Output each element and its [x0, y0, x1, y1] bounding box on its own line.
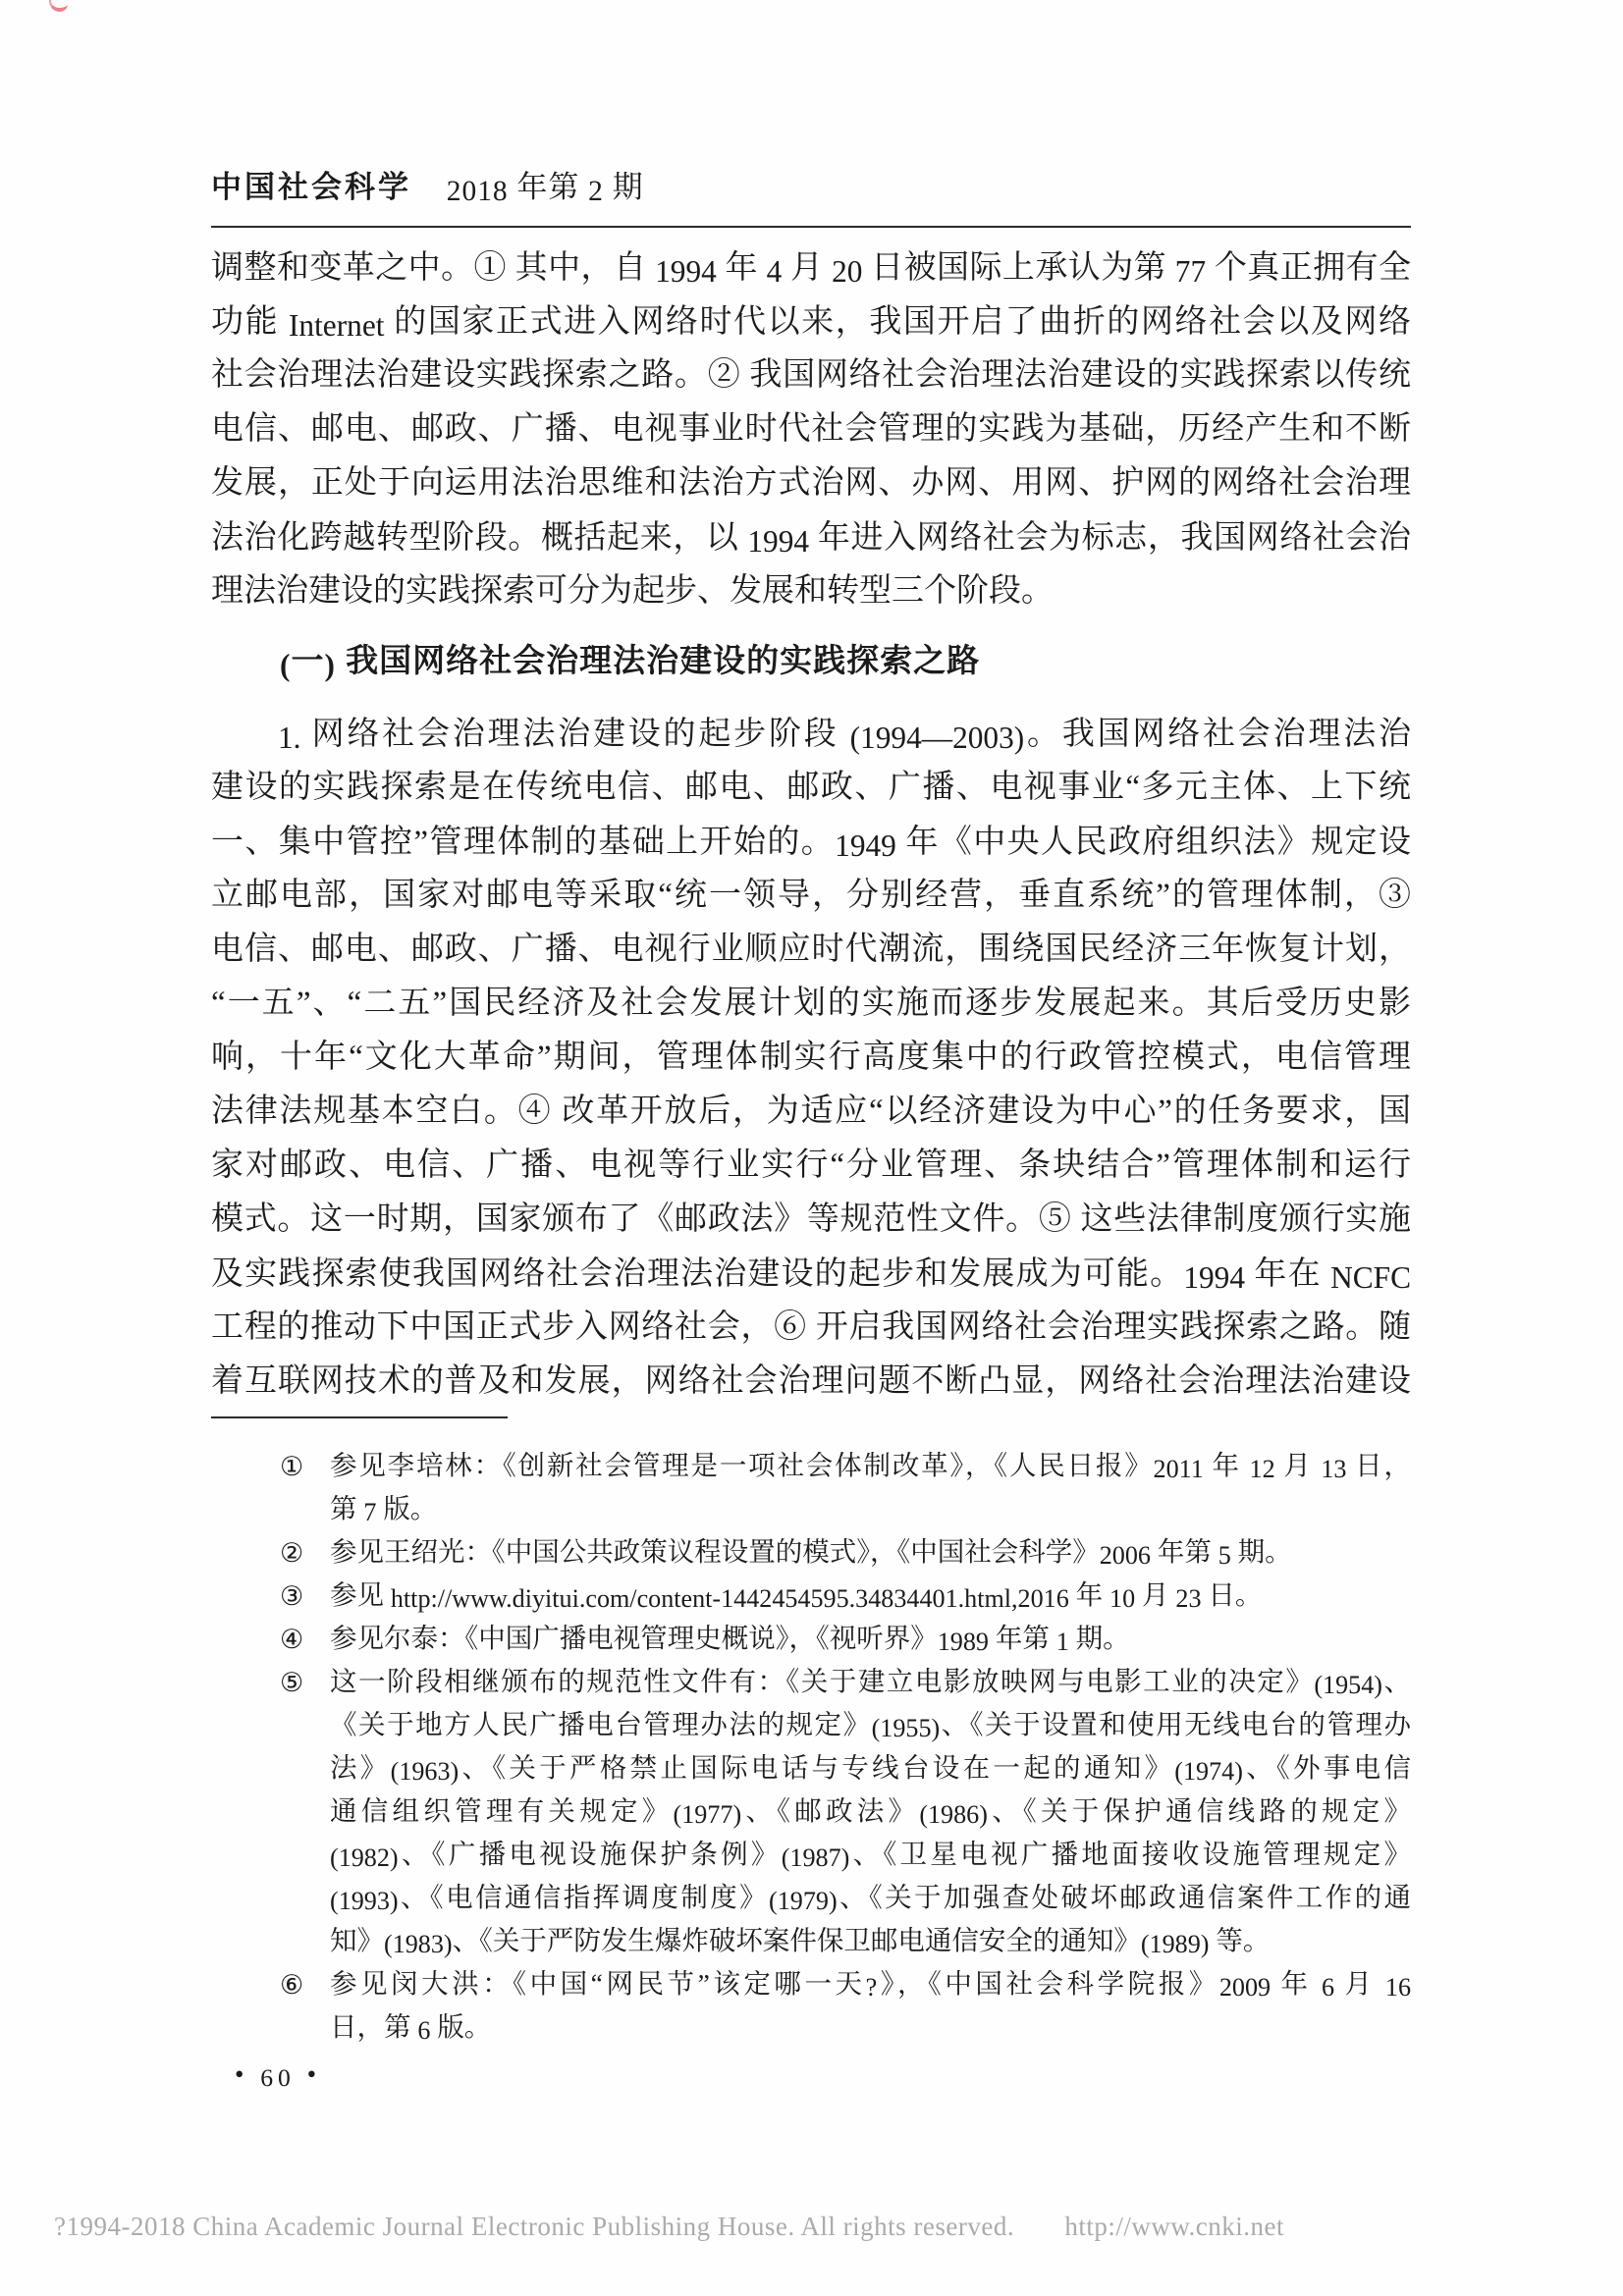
page-number: • 60 •	[211, 2058, 1411, 2090]
footnote-line: 参见尔泰：《中国广播电视管理史概说》，《视听界》1989 年第 1 期。	[330, 1617, 1411, 1660]
body-text-line: 电信、邮电、邮政、广播、电视事业时代社会管理的实践为基础，历经产生和不断	[211, 402, 1411, 456]
body-text-line: 功能 Internet 的国家正式进入网络时代以来，我国开启了曲折的网络社会以及…	[211, 294, 1411, 348]
footnote-line: 《关于地方人民广播电台管理办法的规定》(1955)、《关于设置和使用无线电台的管…	[330, 1703, 1411, 1746]
text-block: 中国社会科学 2018 年第 2 期 调整和变革之中。① 其中，自 1994 年…	[211, 0, 1411, 2090]
footnote-item: ④参见尔泰：《中国广播电视管理史概说》，《视听界》1989 年第 1 期。	[211, 1617, 1411, 1660]
body-text-line: 工程的推动下中国正式步入网络社会，⑥ 开启我国网络社会治理实践探索之路。随	[211, 1301, 1411, 1355]
footnote-line: 参见王绍光：《中国公共政策议程设置的模式》，《中国社会科学》2006 年第 5 …	[330, 1530, 1411, 1574]
journal-name: 中国社会科学	[211, 170, 411, 204]
footnote-line: 参见李培林：《创新社会管理是一项社会体制改革》，《人民日报》2011 年 12 …	[330, 1444, 1411, 1487]
body-text-line: 立邮电部，国家对邮电等采取“统一领导，分别经营，垂直系统”的管理体制，③	[211, 869, 1411, 923]
scanned-journal-page: 中国社会科学 2018 年第 2 期 调整和变革之中。① 其中，自 1994 年…	[0, 0, 1623, 2296]
footnote-marker: ①	[280, 1444, 303, 1487]
body-text-line: 家对邮政、电信、广播、电视等行业实行“分业管理、条块结合”管理体制和运行	[211, 1139, 1411, 1193]
footnote-line: 知》(1983)、《关于严防发生爆炸破坏案件保卫邮电通信安全的通知》(1989)…	[330, 1919, 1411, 1962]
footnote-line: (1982)、《广播电视设施保护条例》(1987)、《卫星电视广播地面接收设施管…	[330, 1833, 1411, 1876]
paragraph-continuation: 调整和变革之中。① 其中，自 1994 年 4 月 20 日被国际上承认为第 7…	[211, 240, 1411, 618]
footnote-marker: ⑤	[280, 1660, 303, 1703]
body-text-line: “一五”、“二五”国民经济及社会发展计划的实施而逐步发展起来。其后受历史影	[211, 977, 1411, 1031]
scan-artifact-mark	[49, 0, 68, 12]
footnote-item: ①参见李培林：《创新社会管理是一项社会体制改革》，《人民日报》2011 年 12…	[211, 1444, 1411, 1530]
footnote-line: 通信组织管理有关规定》(1977)、《邮政法》(1986)、《关于保护通信线路的…	[330, 1789, 1411, 1833]
body-text-line: 1. 网络社会治理法治建设的起步阶段 (1994—2003)。我国网络社会治理法…	[211, 707, 1411, 761]
body-text-line: 着互联网技术的普及和发展，网络社会治理问题不断凸显，网络社会治理法治建设	[211, 1355, 1411, 1409]
body-text-line: 一、集中管控”管理体制的基础上开始的。1949 年《中央人民政府组织法》规定设	[211, 815, 1411, 869]
footnote-item: ⑤这一阶段相继颁布的规范性文件有：《关于建立电影放映网与电影工业的决定》(195…	[211, 1660, 1411, 1962]
footnote-separator	[211, 1416, 508, 1418]
footnote-line: 法》(1963)、《关于严格禁止国际电话与专线台设在一起的通知》(1974)、《…	[330, 1746, 1411, 1789]
journal-issue: 2018 年第 2 期	[447, 170, 644, 204]
body-text-line: 调整和变革之中。① 其中，自 1994 年 4 月 20 日被国际上承认为第 7…	[211, 240, 1411, 294]
body-text-line: 建设的实践探索是在传统电信、邮电、邮政、广播、电视事业“多元主体、上下统	[211, 761, 1411, 815]
footnote-line: 日，第 6 版。	[330, 2005, 1411, 2049]
footnote-marker: ③	[280, 1574, 303, 1617]
body-text-line: 模式。这一时期，国家颁布了《邮政法》等规范性文件。⑤ 这些法律制度颁行实施	[211, 1193, 1411, 1247]
body-text-line: 电信、邮电、邮政、广播、电视行业顺应时代潮流，围绕国民经济三年恢复计划，	[211, 923, 1411, 977]
footnote-line: 这一阶段相继颁布的规范性文件有：《关于建立电影放映网与电影工业的决定》(1954…	[330, 1660, 1411, 1703]
body-text-line: 响，十年“文化大革命”期间，管理体制实行高度集中的行政管控模式，电信管理	[211, 1031, 1411, 1085]
footnote-line: 参见 http://www.diyitui.com/content-144245…	[330, 1574, 1411, 1617]
running-header: 中国社会科学 2018 年第 2 期	[211, 0, 1411, 206]
footnote-line: (1993)、《电信通信指挥调度制度》(1979)、《关于加强查处破坏邮政通信案…	[330, 1876, 1411, 1919]
header-rule	[211, 226, 1411, 228]
footnote-line: 第 7 版。	[330, 1487, 1411, 1530]
watermark-copyright: ?1994-2018 China Academic Journal Electr…	[54, 2212, 1014, 2241]
body-text-line: 法律法规基本空白。④ 改革开放后，为适应“以经济建设为中心”的任务要求，国	[211, 1085, 1411, 1139]
cnki-watermark: ?1994-2018 China Academic Journal Electr…	[54, 2212, 1566, 2242]
section-heading: (一) 我国网络社会治理法治建设的实践探索之路	[211, 633, 1411, 687]
footnote-line: 参见闵大洪：《中国“网民节”该定哪一天?》，《中国社会科学院报》2009 年 6…	[330, 1962, 1411, 2005]
footnote-marker: ②	[280, 1530, 303, 1574]
paragraph-startup-phase: 1. 网络社会治理法治建设的起步阶段 (1994—2003)。我国网络社会治理法…	[211, 707, 1411, 1409]
body-text-line: 法治化跨越转型阶段。概括起来，以 1994 年进入网络社会为标志，我国网络社会治	[211, 510, 1411, 564]
footnote-marker: ⑥	[280, 1962, 303, 2005]
body-text-line: 理法治建设的实践探索可分为起步、发展和转型三个阶段。	[211, 564, 1411, 618]
body-text-line: 发展，正处于向运用法治思维和法治方式治网、办网、用网、护网的网络社会治理	[211, 456, 1411, 510]
footnotes-block: ①参见李培林：《创新社会管理是一项社会体制改革》，《人民日报》2011 年 12…	[211, 1444, 1411, 2049]
footnote-item: ③参见 http://www.diyitui.com/content-14424…	[211, 1574, 1411, 1617]
watermark-url: http://www.cnki.net	[1064, 2212, 1284, 2241]
footnote-item: ②参见王绍光：《中国公共政策议程设置的模式》，《中国社会科学》2006 年第 5…	[211, 1530, 1411, 1574]
body-text-line: 及实践探索使我国网络社会治理法治建设的起步和发展成为可能。1994 年在 NCF…	[211, 1247, 1411, 1301]
footnote-marker: ④	[280, 1617, 303, 1660]
footnote-item: ⑥参见闵大洪：《中国“网民节”该定哪一天?》，《中国社会科学院报》2009 年 …	[211, 1962, 1411, 2049]
body-text-line: 社会治理法治建设实践探索之路。② 我国网络社会治理法治建设的实践探索以传统	[211, 348, 1411, 402]
